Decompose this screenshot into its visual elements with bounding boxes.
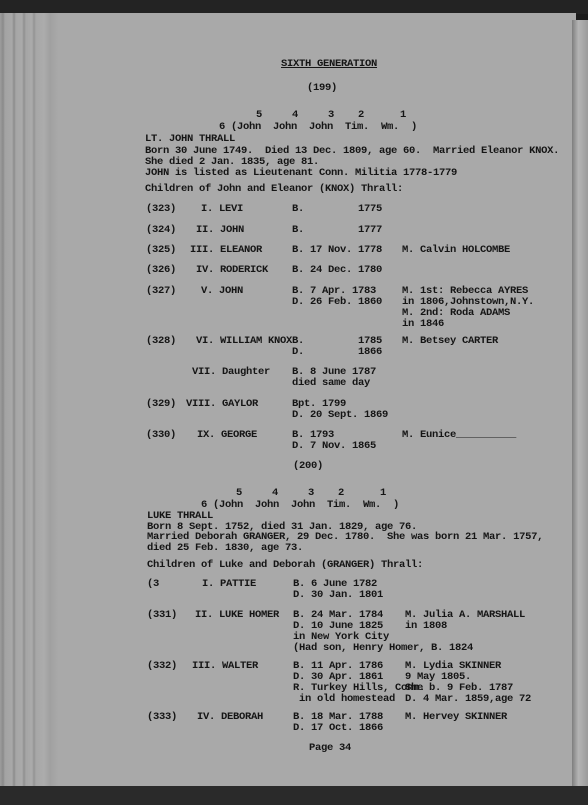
- child-marriage: M. Eunice__________: [402, 429, 516, 441]
- child-marriage: M. Hervey SKINNER: [405, 711, 507, 723]
- child-dates: B. 1775: [292, 203, 382, 215]
- lineage: 6 (John John John Tim. Wm. ): [201, 499, 399, 511]
- children-heading: Children of John and Eleanor (KNOX) Thra…: [145, 183, 403, 195]
- scan-top-edge: [0, 0, 588, 14]
- child-name: IV. DEBORAH: [197, 711, 263, 723]
- child-number: (331): [147, 609, 177, 621]
- child-dates: (Had son, Henry Homer, B. 1824: [293, 642, 473, 654]
- child-dates: D. 17 Oct. 1866: [293, 722, 383, 734]
- child-dates: D. 26 Feb. 1860: [292, 296, 382, 308]
- child-number: (328): [146, 335, 176, 347]
- child-dates: in old homestead: [293, 693, 395, 705]
- scan-bottom-edge: [0, 786, 588, 805]
- lineage: 6 (John John John Tim. Wm. ): [219, 121, 417, 133]
- child-number: (3: [147, 578, 159, 590]
- page-right-edge: [572, 20, 588, 786]
- child-dates: B. 1777: [292, 224, 382, 236]
- child-name: I. PATTIE: [202, 578, 256, 590]
- bio-line: died 25 Feb. 1830, age 73.: [147, 542, 303, 554]
- child-name: V. JOHN: [201, 285, 243, 297]
- generation-numbers: 5 4 3 2 1: [236, 487, 386, 499]
- person-name: LT. JOHN THRALL: [145, 133, 235, 145]
- child-name: IX. GEORGE: [197, 429, 257, 441]
- bio-line: JOHN is listed as Lieutenant Conn. Milit…: [145, 167, 457, 179]
- child-marriage: D. 4 Mar. 1859,age 72: [405, 693, 531, 705]
- child-name: IV. RODERICK: [196, 264, 268, 276]
- page-number: Page 34: [309, 742, 351, 754]
- page-title: SIXTH GENERATION: [281, 58, 377, 70]
- child-marriage: M. Calvin HOLCOMBE: [402, 244, 510, 256]
- child-name: VIII. GAYLOR: [186, 398, 258, 410]
- child-number: (327): [146, 285, 176, 297]
- child-number: (330): [146, 429, 176, 441]
- child-marriage: in 1808: [405, 620, 447, 632]
- child-dates: B. 17 Nov. 1778: [292, 244, 382, 256]
- child-name: VI. WILLIAM KNOX: [196, 335, 292, 347]
- child-name: III. WALTER: [192, 660, 258, 672]
- child-number: (329): [146, 398, 176, 410]
- child-dates: died same day: [292, 377, 370, 389]
- child-marriage: M. Betsey CARTER: [402, 335, 498, 347]
- entry-number-200: (200): [293, 460, 323, 472]
- book-binding: [0, 13, 58, 788]
- generation-numbers: 5 4 3 2 1: [256, 109, 406, 121]
- child-dates: D. 20 Sept. 1869: [292, 409, 388, 421]
- child-number: (333): [147, 711, 177, 723]
- child-dates: D. 30 Jan. 1801: [293, 589, 383, 601]
- children-heading: Children of Luke and Deborah (GRANGER) T…: [147, 559, 423, 571]
- child-marriage: in 1846: [402, 318, 444, 330]
- child-number: (326): [146, 264, 176, 276]
- child-number: (332): [147, 660, 177, 672]
- child-name: II. LUKE HOMER: [195, 609, 279, 621]
- child-dates: D. 1866: [292, 346, 382, 358]
- child-name: II. JOHN: [196, 224, 244, 236]
- child-number: (325): [146, 244, 176, 256]
- child-name: III. ELEANOR: [190, 244, 262, 256]
- child-dates: D. 7 Nov. 1865: [292, 440, 376, 452]
- child-name: I. LEVI: [201, 203, 243, 215]
- child-number: (324): [146, 224, 176, 236]
- child-dates: B. 24 Dec. 1780: [292, 264, 382, 276]
- child-name: VII. Daughter: [192, 366, 270, 378]
- child-number: (323): [146, 203, 176, 215]
- entry-number-199: (199): [307, 82, 337, 94]
